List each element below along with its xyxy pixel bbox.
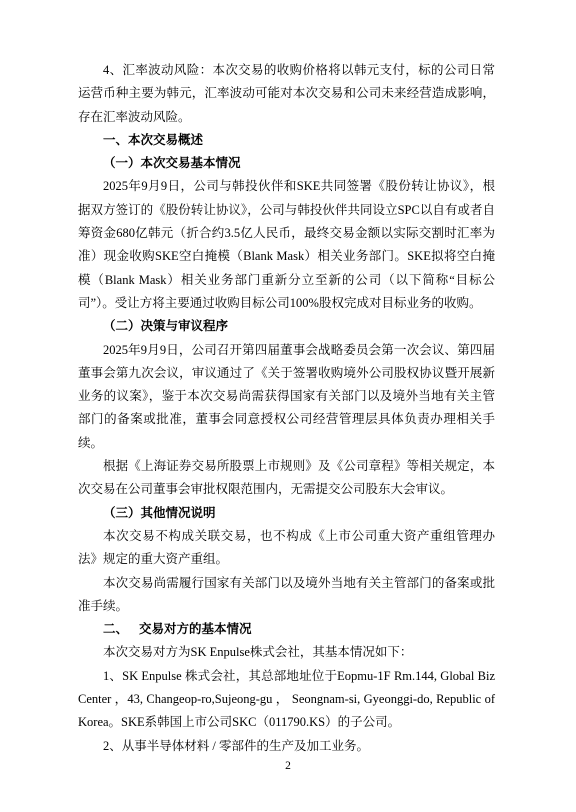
page-number: 2: [0, 758, 576, 774]
paragraph-counterparty-intro: 本次交易对方为SK Enpulse株式会社，其基本情况如下：: [78, 641, 495, 664]
document-body: 4、汇率波动风险：本次交易的收购价格将以韩元支付，标的公司日常运营币种主要为韩元…: [78, 59, 495, 758]
paragraph-counterparty-business: 2、从事半导体材料 / 零部件的生产及加工业务。: [78, 735, 495, 758]
paragraph-board-meeting: 2025年9月9日，公司召开第四届董事会战略委员会第一次会议、第四届董事会第九次…: [78, 339, 495, 455]
heading-counterparty-number: 二、: [103, 622, 128, 636]
heading-counterparty-info: 二、交易对方的基本情况: [78, 618, 495, 641]
paragraph-listing-rules: 根据《上海证券交易所股票上市规则》及《公司章程》等相关规定，本次交易在公司董事会…: [78, 455, 495, 502]
document-page: 4、汇率波动风险：本次交易的收购价格将以韩元支付，标的公司日常运营币种主要为韩元…: [0, 0, 576, 812]
paragraph-approval-procedures: 本次交易尚需履行国家有关部门以及境外当地有关主管部门的备案或批准手续。: [78, 572, 495, 619]
paragraph-exchange-rate-risk: 4、汇率波动风险：本次交易的收购价格将以韩元支付，标的公司日常运营币种主要为韩元…: [78, 59, 495, 129]
heading-counterparty-title: 交易对方的基本情况: [139, 622, 252, 636]
heading-other-notes: （三）其他情况说明: [78, 502, 495, 525]
paragraph-transaction-details: 2025年9月9日，公司与韩投伙伴和SKE共同签署《股份转让协议》，根据双方签订…: [78, 175, 495, 315]
paragraph-counterparty-address: 1、SK Enpulse 株式会社，其总部地址位于Eopmu-1F Rm.144…: [78, 665, 495, 735]
heading-transaction-overview: 一、本次交易概述: [78, 129, 495, 152]
heading-decision-procedure: （二）决策与审议程序: [78, 315, 495, 338]
heading-transaction-basics: （一）本次交易基本情况: [78, 152, 495, 175]
paragraph-not-related-transaction: 本次交易不构成关联交易，也不构成《上市公司重大资产重组管理办法》规定的重大资产重…: [78, 525, 495, 572]
